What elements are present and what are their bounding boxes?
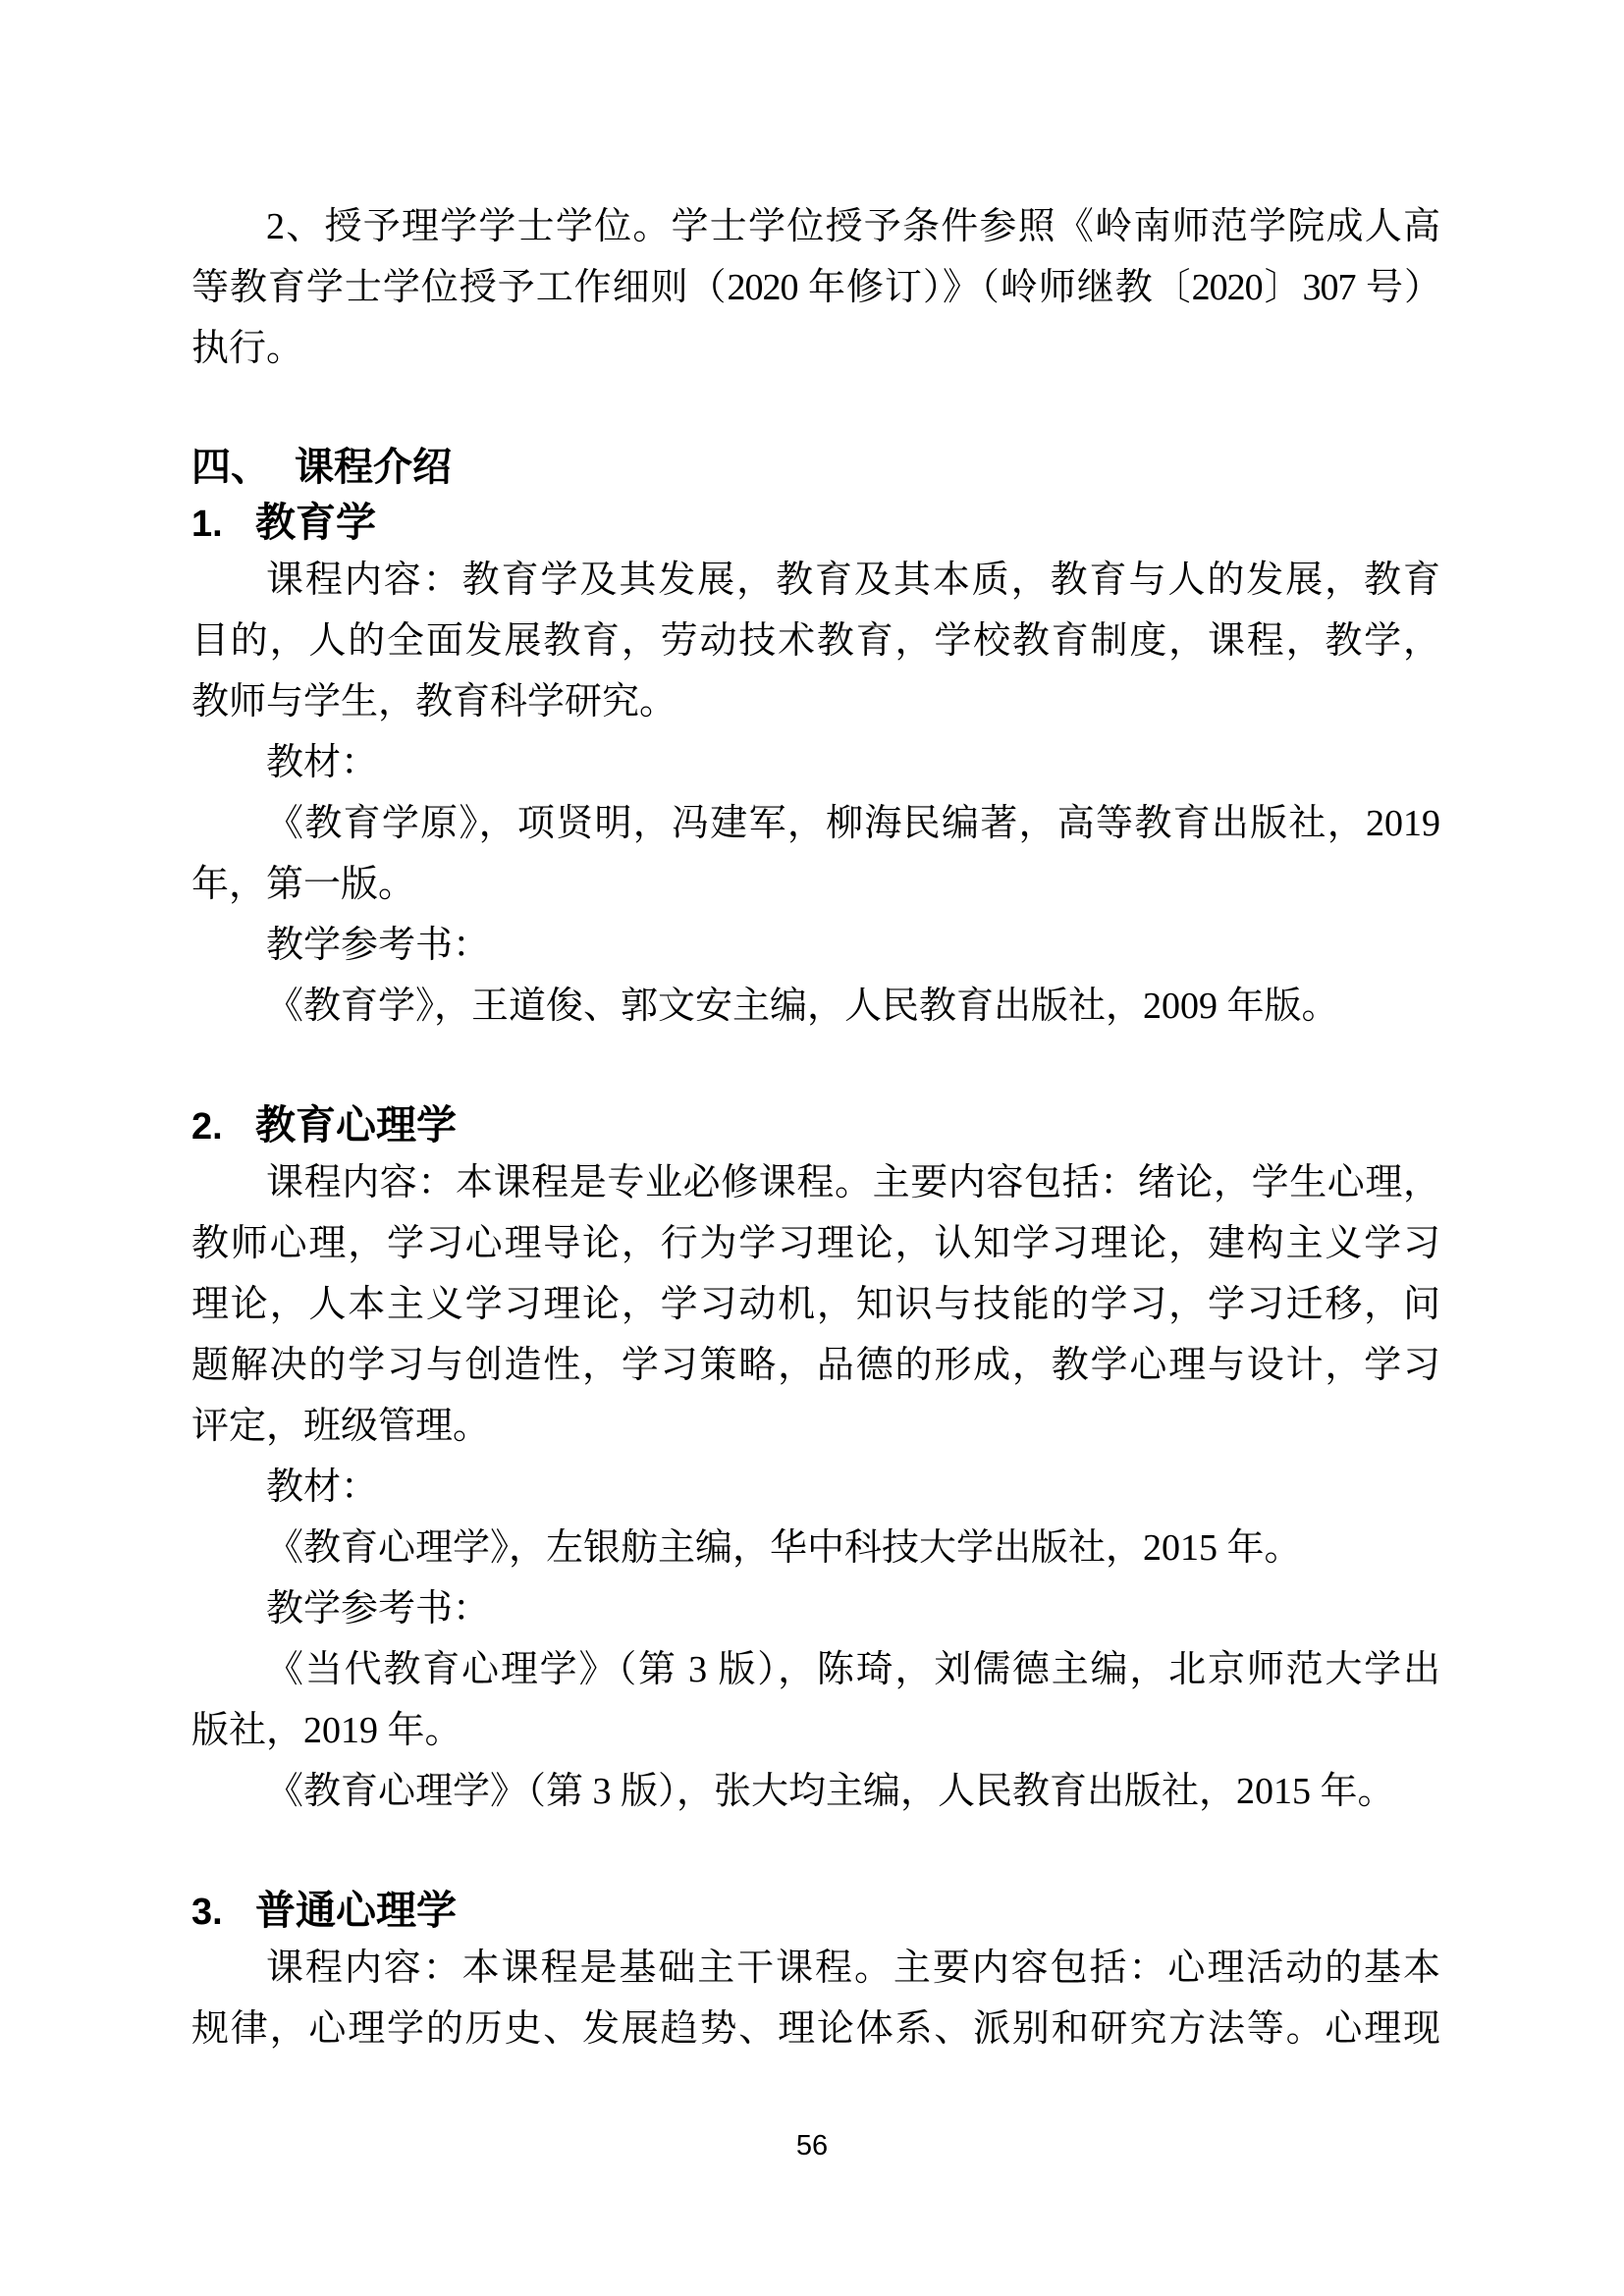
section-heading-numbering: 四、 — [191, 440, 295, 495]
text-line: 规律，心理学的历史、发展趋势、理论体系、派别和研究方法等。心理现 — [191, 1999, 1440, 2059]
document-page: 2、授予理学学士学位。学士学位授予条件参照《岭南师范学院成人高 等教育学士学位授… — [0, 0, 1624, 2296]
text-line: 《当代教育心理学》（第 3 版），陈琦，刘儒德主编，北京师范大学出 — [191, 1639, 1440, 1700]
course-heading: 3.普通心理学 — [191, 1883, 1440, 1938]
text-line: 执行。 — [191, 318, 1440, 379]
text-line: 2、授予理学学士学位。学士学位授予条件参照《岭南师范学院成人高 — [191, 196, 1440, 257]
text-line: 理论，人本主义学习理论，学习动机，知识与技能的学习，学习迁移，问 — [191, 1274, 1440, 1335]
text-line: 教学参考书： — [191, 1578, 1440, 1639]
text-line: 《教育心理学》，左银舫主编，华中科技大学出版社，2015 年。 — [191, 1518, 1440, 1578]
text-line: 目的，人的全面发展教育，劳动技术教育，学校教育制度，课程，教学， — [191, 611, 1440, 671]
course-heading-numbering: 2. — [191, 1099, 255, 1154]
text-line: 《教育学》，王道俊、郭文安主编，人民教育出版社，2009 年版。 — [191, 976, 1440, 1037]
course-heading: 1.教育学 — [191, 495, 1440, 550]
course-heading-title: 教育心理学 — [255, 1102, 457, 1148]
text-line: 版社，2019 年。 — [191, 1700, 1440, 1761]
text-line: 教材： — [191, 732, 1440, 793]
course-heading: 2.教育心理学 — [191, 1097, 1440, 1152]
text-line: 课程内容：本课程是基础主干课程。主要内容包括：心理活动的基本 — [191, 1938, 1440, 1999]
text-line: 教材： — [191, 1457, 1440, 1518]
section-heading: 四、课程介绍 — [191, 440, 1440, 495]
text-line: 题解决的学习与创造性，学习策略，品德的形成，教学心理与设计，学习 — [191, 1335, 1440, 1396]
text-line: 《教育心理学》（第 3 版），张大均主编，人民教育出版社，2015 年。 — [191, 1761, 1440, 1822]
text-line: 教师心理，学习心理导论，行为学习理论，认知学习理论，建构主义学习 — [191, 1213, 1440, 1274]
course-heading-title: 教育学 — [255, 500, 376, 545]
blank-line — [191, 1822, 1440, 1883]
text-line: 课程内容：教育学及其发展，教育及其本质，教育与人的发展，教育 — [191, 550, 1440, 611]
text-line: 课程内容：本课程是专业必修课程。主要内容包括：绪论，学生心理， — [191, 1152, 1440, 1213]
course-heading-numbering: 1. — [191, 497, 255, 552]
text-line: 《教育学原》，项贤明，冯建军，柳海民编著，高等教育出版社，2019 — [191, 793, 1440, 854]
section-heading-title: 课程介绍 — [295, 446, 452, 489]
blank-line — [191, 1037, 1440, 1097]
page-content: 2、授予理学学士学位。学士学位授予条件参照《岭南师范学院成人高 等教育学士学位授… — [191, 196, 1440, 2059]
text-line: 教学参考书： — [191, 915, 1440, 976]
page-number: 56 — [0, 2126, 1624, 2165]
text-line: 年，第一版。 — [191, 854, 1440, 915]
course-heading-title: 普通心理学 — [255, 1888, 457, 1933]
text-line: 教师与学生，教育科学研究。 — [191, 671, 1440, 732]
text-line: 等教育学士学位授予工作细则（2020 年修订）》（岭师继教〔2020〕307 号… — [191, 257, 1440, 318]
text-line: 评定，班级管理。 — [191, 1396, 1440, 1457]
blank-line — [191, 379, 1440, 440]
course-heading-numbering: 3. — [191, 1885, 255, 1940]
